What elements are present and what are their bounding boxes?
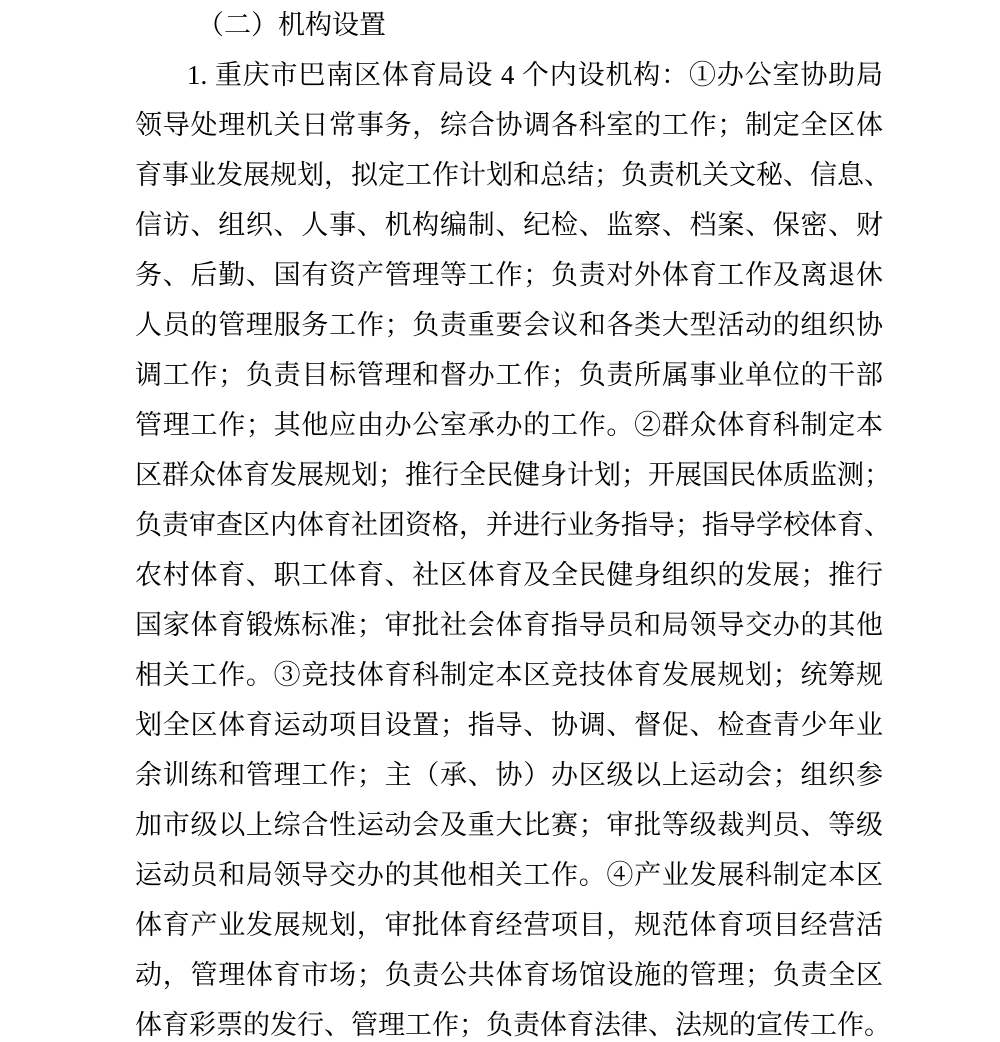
paragraph-line: 区群众体育发展规划；推行全民健身计划；开展国民体质监测； <box>135 450 883 500</box>
paragraph-line: 农村体育、职工体育、社区体育及全民健身组织的发展；推行 <box>135 550 883 600</box>
paragraph-line: 人员的管理服务工作；负责重要会议和各类大型活动的组织协 <box>135 300 883 350</box>
paragraph-line: 运动员和局领导交办的其他相关工作。④产业发展科制定本区 <box>135 850 883 900</box>
paragraph-line: 余训练和管理工作；主（承、协）办区级以上运动会；组织参 <box>135 750 883 800</box>
paragraph-line: 信访、组织、人事、机构编制、纪检、监察、档案、保密、财 <box>135 200 883 250</box>
paragraph-line: 国家体育锻炼标准；审批社会体育指导员和局领导交办的其他 <box>135 600 883 650</box>
paragraph-line: 加市级以上综合性运动会及重大比赛；审批等级裁判员、等级 <box>135 800 883 850</box>
document-page: （二）机构设置 1. 重庆市巴南区体育局设 4 个内设机构：①办公室协助局 领导… <box>0 0 1000 1042</box>
document-text-block: （二）机构设置 1. 重庆市巴南区体育局设 4 个内设机构：①办公室协助局 领导… <box>135 0 883 1042</box>
paragraph-line: 负责审查区内体育社团资格，并进行业务指导；指导学校体育、 <box>135 500 883 550</box>
paragraph-line: 划全区体育运动项目设置；指导、协调、督促、检查青少年业 <box>135 700 883 750</box>
paragraph-line: 1. 重庆市巴南区体育局设 4 个内设机构：①办公室协助局 <box>135 50 883 100</box>
paragraph-line: 动，管理体育市场；负责公共体育场馆设施的管理；负责全区 <box>135 950 883 1000</box>
section-heading: （二）机构设置 <box>135 0 883 50</box>
paragraph-line: 领导处理机关日常事务，综合协调各科室的工作；制定全区体 <box>135 100 883 150</box>
paragraph-line: 育事业发展规划，拟定工作计划和总结；负责机关文秘、信息、 <box>135 150 883 200</box>
paragraph-line: 管理工作；其他应由办公室承办的工作。②群众体育科制定本 <box>135 400 883 450</box>
paragraph-line: 体育彩票的发行、管理工作；负责体育法律、法规的宣传工作。 <box>135 1000 883 1042</box>
paragraph-line: 务、后勤、国有资产管理等工作；负责对外体育工作及离退休 <box>135 250 883 300</box>
paragraph-line: 体育产业发展规划，审批体育经营项目，规范体育项目经营活 <box>135 900 883 950</box>
paragraph-line: 相关工作。③竞技体育科制定本区竞技体育发展规划；统筹规 <box>135 650 883 700</box>
paragraph-line: 调工作；负责目标管理和督办工作；负责所属事业单位的干部 <box>135 350 883 400</box>
